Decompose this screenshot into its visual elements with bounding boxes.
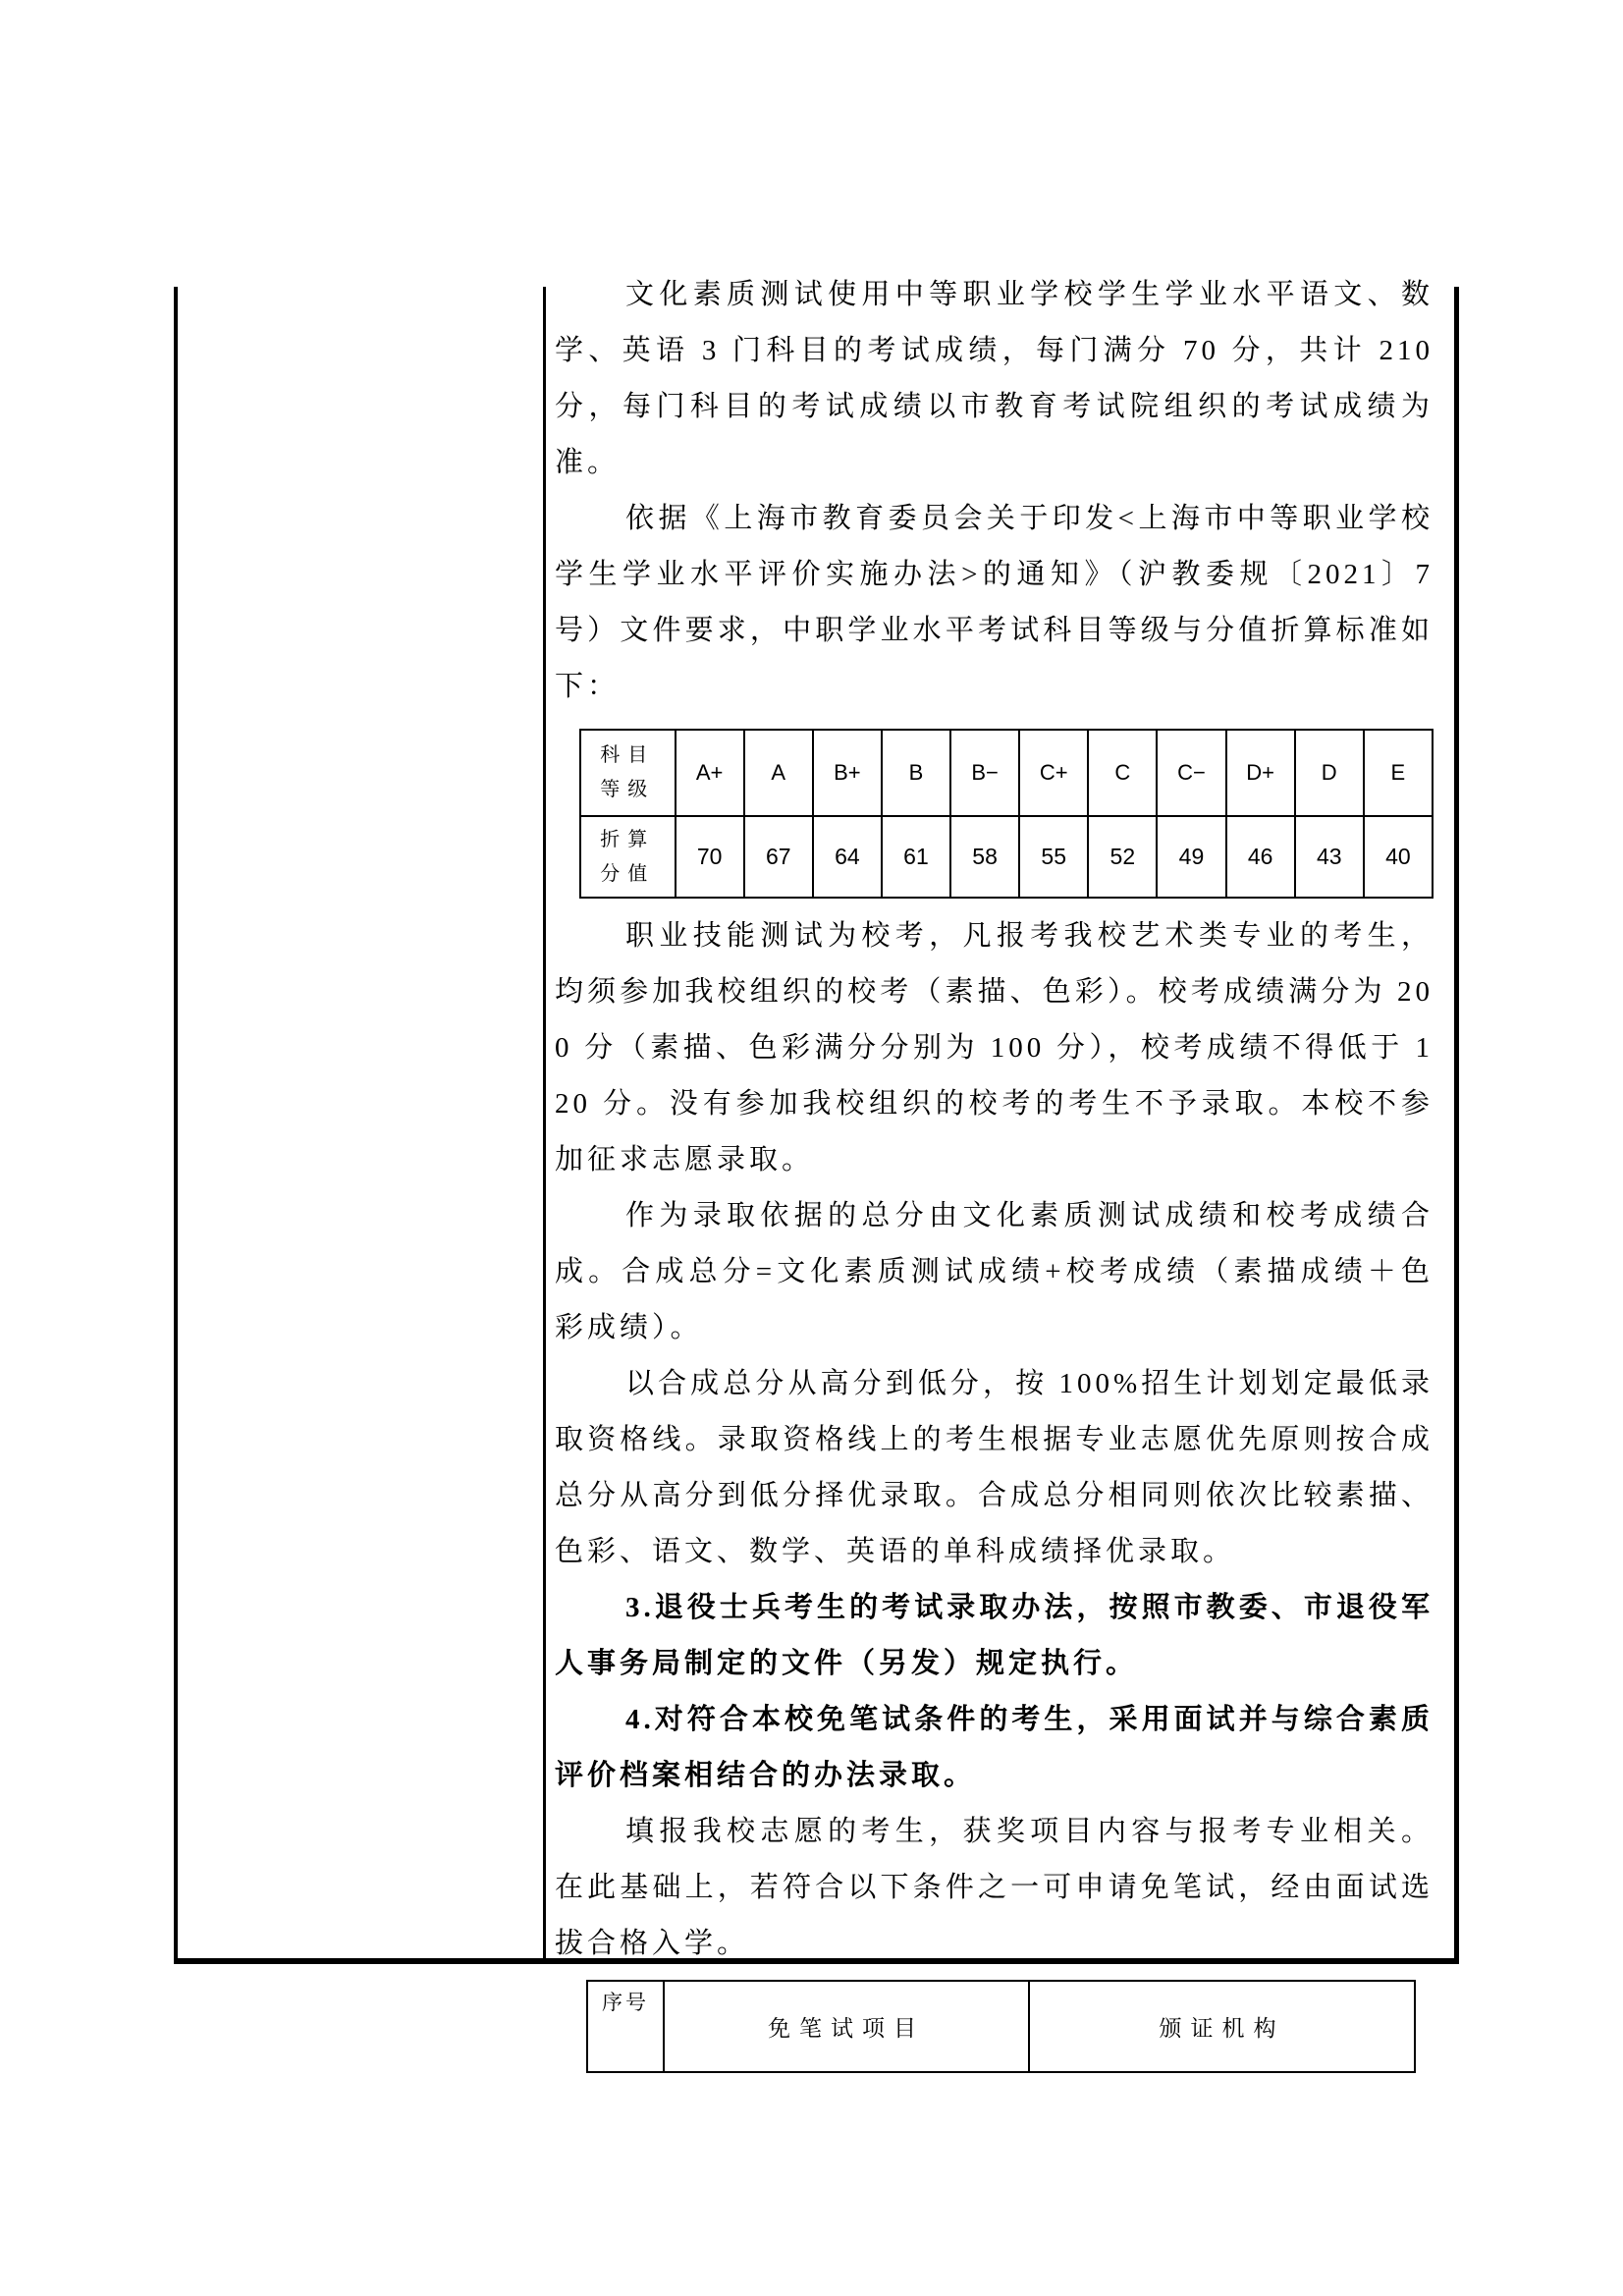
score-cell: 58 <box>950 816 1019 898</box>
content-column: 文化素质测试使用中等职业学校学生学业水平语文、数学、英语 3 门科目的考试成绩，… <box>555 267 1434 2073</box>
grade-table-row2-label: 折算 分值 <box>580 816 676 898</box>
table-column-divider <box>543 287 546 1958</box>
paragraph-total-score: 作为录取依据的总分由文化素质测试成绩和校考成绩合成。合成总分=文化素质测试成绩+… <box>555 1188 1434 1356</box>
grade-cell: C+ <box>1019 730 1088 816</box>
grade-cell: D <box>1295 730 1364 816</box>
score-cell: 46 <box>1226 816 1295 898</box>
paragraph-exemption-rule: 4.对符合本校免笔试条件的考生，采用面试并与综合素质评价档案相结合的办法录取。 <box>555 1692 1434 1804</box>
grade-cell: B <box>882 730 950 816</box>
grade-table-row1-label: 科目 等级 <box>580 730 676 816</box>
paragraph-skill-test: 职业技能测试为校考，凡报考我校艺术类专业的考生，均须参加我校组织的校考（素描、色… <box>555 908 1434 1188</box>
grade-cell: B+ <box>813 730 882 816</box>
grade-cell: C <box>1088 730 1157 816</box>
score-cell: 67 <box>744 816 813 898</box>
exemption-header-project: 免笔试项目 <box>664 1981 1029 2072</box>
paragraph-policy-basis: 依据《上海市教育委员会关于印发<上海市中等职业学校学生学业水平评价实施办法>的通… <box>555 491 1434 715</box>
grade-cell: A <box>744 730 813 816</box>
grade-conversion-table: 科目 等级 A+ A B+ B B− C+ C C− D+ D E 折算 分值 … <box>579 729 1434 899</box>
exemption-header-number: 序号 <box>587 1981 664 2072</box>
paragraph-culture-test: 文化素质测试使用中等职业学校学生学业水平语文、数学、英语 3 门科目的考试成绩，… <box>555 267 1434 491</box>
grade-table-value-row: 折算 分值 70 67 64 61 58 55 52 49 46 43 40 <box>580 816 1433 898</box>
score-cell: 55 <box>1019 816 1088 898</box>
exemption-header-issuer: 颁证机构 <box>1029 1981 1415 2072</box>
score-cell: 61 <box>882 816 950 898</box>
paragraph-exemption-detail: 填报我校志愿的考生，获奖项目内容与报考专业相关。在此基础上，若符合以下条件之一可… <box>555 1804 1434 1972</box>
score-cell: 40 <box>1364 816 1433 898</box>
grade-cell: E <box>1364 730 1433 816</box>
exemption-table-header-row: 序号 免笔试项目 颁证机构 <box>587 1981 1415 2072</box>
grade-cell: B− <box>950 730 1019 816</box>
grade-table-header-row: 科目 等级 A+ A B+ B B− C+ C C− D+ D E <box>580 730 1433 816</box>
score-cell: 64 <box>813 816 882 898</box>
grade-cell: A+ <box>676 730 744 816</box>
document-page: 文化素质测试使用中等职业学校学生学业水平语文、数学、英语 3 门科目的考试成绩，… <box>0 0 1623 2296</box>
paragraph-veteran-rule: 3.退役士兵考生的考试录取办法，按照市教委、市退役军人事务局制定的文件（另发）规… <box>555 1580 1434 1692</box>
score-cell: 70 <box>676 816 744 898</box>
grade-cell: D+ <box>1226 730 1295 816</box>
paragraph-admission-rank: 以合成总分从高分到低分，按 100%招生计划划定最低录取资格线。录取资格线上的考… <box>555 1356 1434 1580</box>
exemption-table: 序号 免笔试项目 颁证机构 <box>586 1980 1416 2073</box>
grade-cell: C− <box>1157 730 1225 816</box>
score-cell: 52 <box>1088 816 1157 898</box>
score-cell: 49 <box>1157 816 1225 898</box>
score-cell: 43 <box>1295 816 1364 898</box>
